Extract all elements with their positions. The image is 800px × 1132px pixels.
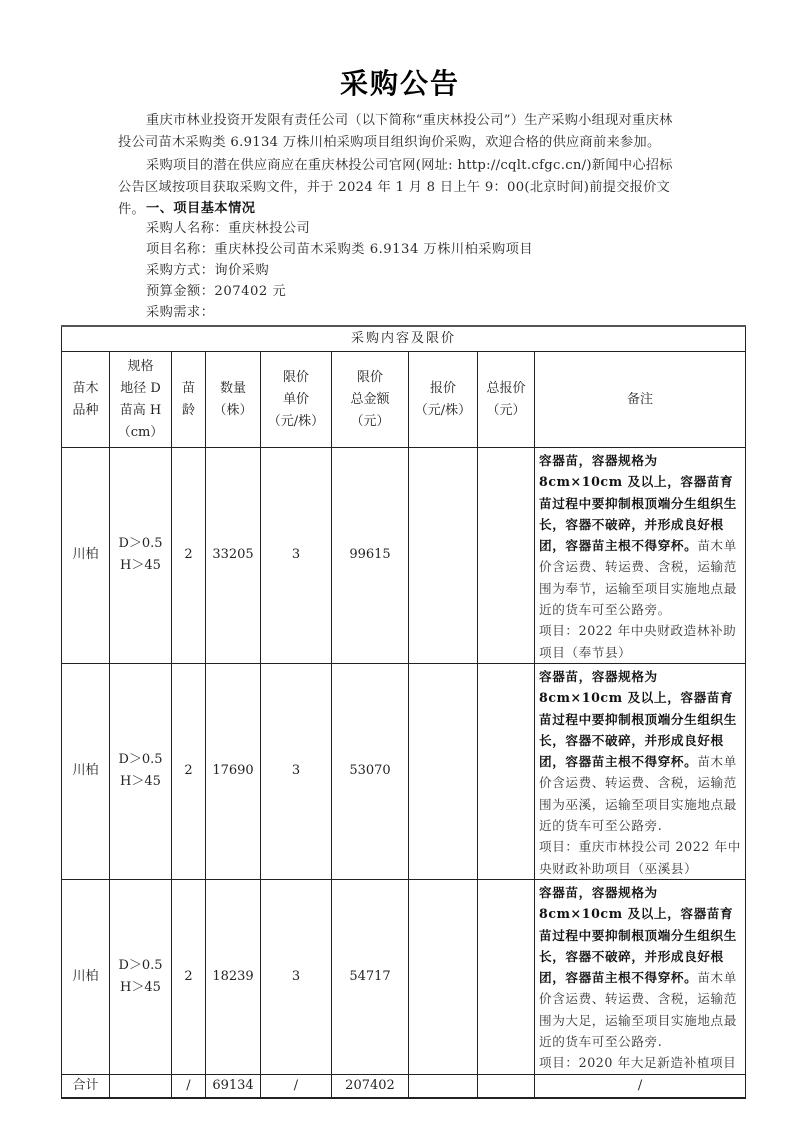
total-limit-amount: 207402 xyxy=(332,1074,409,1098)
cell-age: 2 xyxy=(172,448,206,664)
cell-quote[interactable] xyxy=(409,663,478,879)
cell-total-limit: 99615 xyxy=(332,448,409,664)
total-quote-amount[interactable] xyxy=(478,1074,535,1098)
total-unit-limit: / xyxy=(261,1074,332,1098)
cell-quantity: 18239 xyxy=(206,879,261,1074)
cell-remark: 容器苗，容器规格为 8cm×10cm 及以上，容器苗育苗过程中要抑制根顶端分生组… xyxy=(535,448,746,664)
header-total-quote: 总报价（元） xyxy=(478,352,535,448)
cell-quote[interactable] xyxy=(409,448,478,664)
table-header-row: 苗木品种 规格地径 D苗高 H（cm） 苗龄 数量（株） 限价单价（元/株） 限… xyxy=(62,352,746,448)
table-row: 川柏 D＞0.5H＞45 2 18239 3 54717 容器苗，容器规格为 8… xyxy=(62,879,746,1074)
cell-quantity: 33205 xyxy=(206,448,261,664)
intro-paragraph-1: 重庆市林业投资开发限有责任公司（以下简称“重庆林投公司”）生产采购小组现对重庆林… xyxy=(118,110,684,154)
cell-unit-limit: 3 xyxy=(261,448,332,664)
total-quote[interactable] xyxy=(409,1074,478,1098)
cell-variety: 川柏 xyxy=(62,879,110,1074)
cell-spec: D＞0.5H＞45 xyxy=(110,879,172,1074)
info-budget: 预算金额：207402 元 xyxy=(146,282,286,302)
cell-total-quote[interactable] xyxy=(478,879,535,1074)
total-quantity: 69134 xyxy=(206,1074,261,1098)
header-quantity: 数量（株） xyxy=(206,352,261,448)
section-heading: 一、项目基本情况 xyxy=(146,199,256,219)
info-method: 采购方式：询价采购 xyxy=(146,261,269,281)
info-purchaser: 采购人名称：重庆林投公司 xyxy=(146,219,310,239)
total-remark: / xyxy=(535,1074,746,1098)
info-project-name: 项目名称：重庆林投公司苗木采购类 6.9134 万株川柏采购项目 xyxy=(146,240,533,260)
cell-quote[interactable] xyxy=(409,879,478,1074)
info-requirements: 采购需求： xyxy=(146,303,214,323)
cell-variety: 川柏 xyxy=(62,663,110,879)
procurement-table: 采购内容及限价 苗木品种 规格地径 D苗高 H（cm） 苗龄 数量（株） 限价单… xyxy=(61,325,746,1099)
cell-spec: D＞0.5H＞45 xyxy=(110,663,172,879)
cell-spec: D＞0.5H＞45 xyxy=(110,448,172,664)
cell-quantity: 17690 xyxy=(206,663,261,879)
cell-age: 2 xyxy=(172,879,206,1074)
header-variety: 苗木品种 xyxy=(62,352,110,448)
cell-unit-limit: 3 xyxy=(261,663,332,879)
cell-total-limit: 53070 xyxy=(332,663,409,879)
table-row: 川柏 D＞0.5H＞45 2 33205 3 99615 容器苗，容器规格为 8… xyxy=(62,448,746,664)
total-label: 合计 xyxy=(62,1074,110,1098)
cell-age: 2 xyxy=(172,663,206,879)
header-total-limit: 限价总金额（元） xyxy=(332,352,409,448)
cell-remark: 容器苗，容器规格为 8cm×10cm 及以上，容器苗育苗过程中要抑制根顶端分生组… xyxy=(535,663,746,879)
cell-total-quote[interactable] xyxy=(478,448,535,664)
table-total-row: 合计 / 69134 / 207402 / xyxy=(62,1074,746,1098)
cell-total-limit: 54717 xyxy=(332,879,409,1074)
table-row: 川柏 D＞0.5H＞45 2 17690 3 53070 容器苗，容器规格为 8… xyxy=(62,663,746,879)
header-spec: 规格地径 D苗高 H（cm） xyxy=(110,352,172,448)
header-unit-limit: 限价单价（元/株） xyxy=(261,352,332,448)
total-age: / xyxy=(172,1074,206,1098)
header-age: 苗龄 xyxy=(172,352,206,448)
table-caption: 采购内容及限价 xyxy=(62,326,746,352)
document-title: 采购公告 xyxy=(0,62,800,102)
cell-unit-limit: 3 xyxy=(261,879,332,1074)
header-remark: 备注 xyxy=(535,352,746,448)
header-quote: 报价（元/株） xyxy=(409,352,478,448)
cell-variety: 川柏 xyxy=(62,448,110,664)
cell-total-quote[interactable] xyxy=(478,663,535,879)
total-spec xyxy=(110,1074,172,1098)
cell-remark: 容器苗，容器规格为 8cm×10cm 及以上，容器苗育苗过程中要抑制根顶端分生组… xyxy=(535,879,746,1074)
